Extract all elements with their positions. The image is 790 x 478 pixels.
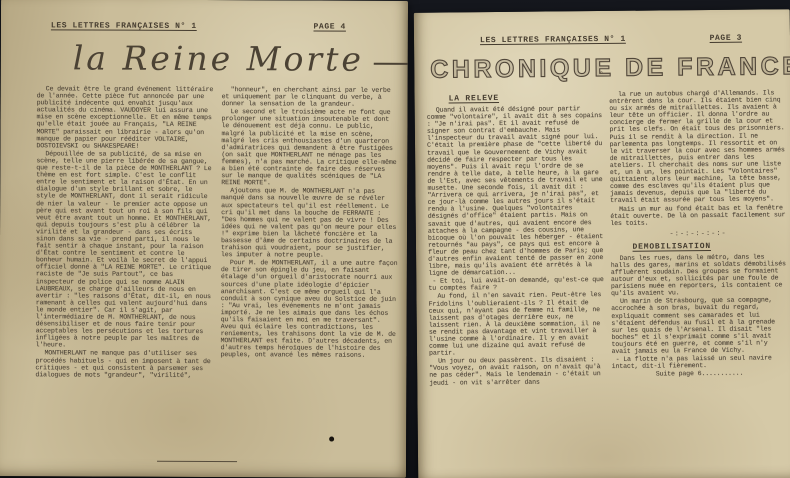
masthead-right: LES LETTRES FRANÇAISES N° 1 (480, 35, 626, 45)
paragraph: Ce devait être le grand événement littér… (36, 85, 214, 150)
paragraph: Ajoutons que M. de MONTHERLANT n'a pas m… (221, 187, 399, 259)
paragraph: Dépouillée de sa publicité, de sa mise e… (36, 150, 215, 349)
article-title-reine-morte: la Reine Morte (73, 38, 408, 78)
paragraph: la rue un autobus chargé d'Allemands. Il… (609, 89, 786, 204)
page-number-right: PAGE 3 (710, 34, 742, 43)
dialogue-line: - Et toi, lui avait-on demandé, qu'est-c… (428, 276, 604, 292)
paragraph: Au fond, il n'en savait rien. Peut-être … (428, 291, 604, 357)
page-left: LES LETTRES FRANÇAISES N° 1 PAGE 4 la Re… (0, 0, 408, 478)
page-header-left: LES LETTRES FRANÇAISES N° 1 PAGE 4 (1, 0, 408, 32)
paragraph: Mais un mur au fond était bas et la fenê… (610, 204, 786, 227)
paragraph: Dans les rues, dans le métro, dans les h… (611, 253, 787, 297)
paragraph: MONTHERLANT ne manque pas d'utiliser ses… (35, 350, 213, 379)
right-page-column-2: la rue un autobus chargé d'Allemands. Il… (609, 89, 788, 473)
page-number-left: PAGE 4 (313, 22, 345, 31)
masthead-left: LES LETTRES FRANÇAISES N° 1 (51, 21, 197, 31)
scan-background: LES LETTRES FRANÇAISES N° 1 PAGE 4 la Re… (0, 0, 790, 478)
section-divider: -:-:-:-:-:- (610, 229, 786, 239)
paragraph: Le second et le troisième acte ne font q… (221, 108, 399, 187)
article-title-chronique: CHRONIQUE DE FRANCE . (430, 52, 790, 84)
right-page-columns: LA RELEVE Quand il avait été désigné pou… (415, 87, 790, 475)
dialogue-line: - La flotte n'a pas laissé un seul navir… (612, 354, 788, 370)
left-page-column-2: "honneur", en cherchant ainsi par le ver… (220, 86, 400, 433)
pencil-rule (157, 461, 237, 462)
paragraph: Un marin de Strasbourg, que sa compagne,… (611, 297, 787, 355)
continuation-note: Suite page 6........... (612, 370, 788, 379)
paragraph: "honneur", en cherchant ainsi par le ver… (222, 86, 400, 108)
paragraph: Un jour ou deux passèrent. Ils disaient … (429, 356, 605, 386)
page-right: LES LETTRES FRANÇAISES N° 1 PAGE 3 ° CHR… (414, 9, 790, 478)
paragraph: Quand il avait été désigné pour partir c… (427, 105, 604, 277)
section-heading-releve: LA RELEVE (449, 93, 603, 103)
right-page-column-1: LA RELEVE Quand il avait été désigné pou… (427, 91, 606, 475)
ink-spot (329, 437, 334, 442)
section-heading-demobilisation: DEMOBILISATION (632, 241, 786, 251)
paragraph: Pour M. de MONTHERLANT, il a une autre f… (220, 259, 398, 359)
left-page-column-1: Ce devait être le grand événement littér… (35, 85, 215, 432)
left-page-columns: Ce devait être le grand événement littér… (0, 81, 408, 433)
page-header-right: LES LETTRES FRANÇAISES N° 1 PAGE 3 (414, 9, 790, 46)
registration-mark: ° (599, 71, 603, 79)
